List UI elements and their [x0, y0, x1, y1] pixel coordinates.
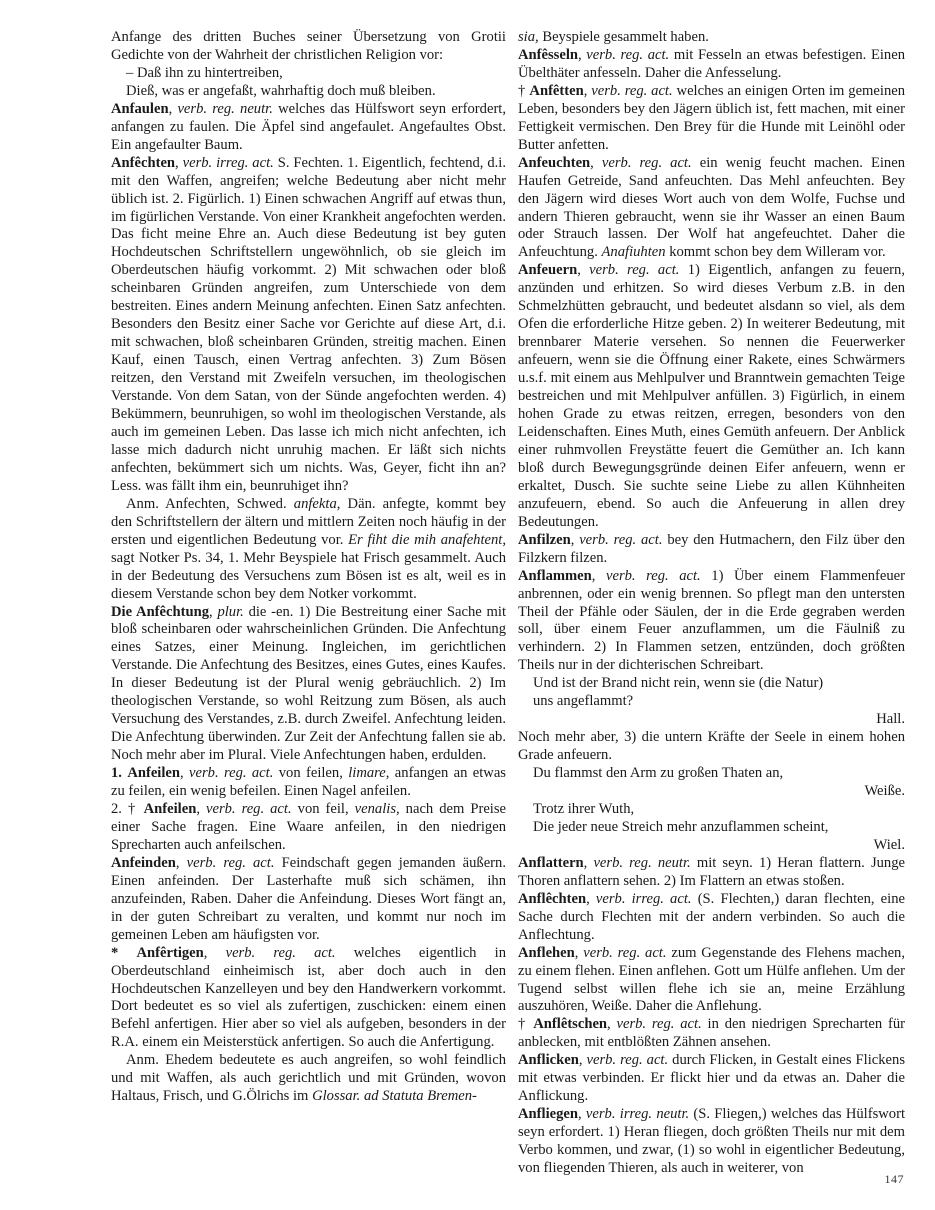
definition: von feil,: [298, 801, 349, 817]
entry-anfechtung: Die Anfêchtung, plur. die -en. 1) Die Be…: [111, 604, 506, 766]
entry-anfeuchten: Anfeuchten, verb. reg. act. ein wenig fe…: [518, 155, 905, 263]
right-column: sia, Beyspiele gesammelt haben. Anfêssel…: [518, 29, 905, 1178]
headword: Anfêchten: [111, 155, 175, 171]
entry-number: 2. †: [111, 801, 138, 817]
grammar-label: verb. irreg. act.: [183, 155, 274, 171]
citation-title: Glossar. ad Statuta Bremen-: [312, 1088, 477, 1104]
entry-anflammen: Anflammen, verb. reg. act. 1) Über einem…: [518, 568, 905, 676]
definition: S. Fechten. 1. Eigentlich, fechtend, d.i…: [111, 155, 506, 494]
grammar-label: verb. reg. act.: [586, 47, 669, 63]
entry-anflicken: Anflicken, verb. reg. act. durch Flicken…: [518, 1052, 905, 1106]
verse-line: Du flammst den Arm zu großen Thaten an,: [518, 765, 905, 783]
grammar-label: verb. reg. act.: [189, 765, 273, 781]
headword: Anfaulen: [111, 101, 169, 117]
entry-marker: *: [111, 945, 118, 961]
definition: die -en. 1) Die Bestreitung einer Sache …: [111, 604, 506, 764]
grammar-label: verb. reg. act.: [602, 155, 692, 171]
entry-anfeinden: Anfeinden, verb. reg. act. Feindschaft g…: [111, 855, 506, 945]
verse-line: Und ist der Brand nicht rein, wenn sie (…: [518, 675, 905, 693]
old-form: Anafiuhten: [602, 244, 666, 260]
latin-word: venalis,: [355, 801, 400, 817]
continuation-text: Anfange des dritten Buches seiner Überse…: [111, 29, 506, 65]
headword: Anflêchten: [518, 891, 586, 907]
note-anfechten: Anm. Anfechten, Schwed. anfekta, Dän. an…: [111, 496, 506, 604]
verse-attribution: Wiel.: [518, 837, 905, 855]
headword: Anfeinden: [111, 855, 176, 871]
verse-line: Die jeder neue Streich mehr anzuflammen …: [518, 819, 905, 837]
headword: Anfeuern: [518, 262, 577, 278]
grammar-label: verb. reg. act.: [606, 568, 701, 584]
headword: Anfêtten: [529, 83, 583, 99]
grammar-label: verb. reg. act.: [586, 1052, 668, 1068]
definition: bey den Hutmachern, den Filz über den Fi…: [518, 532, 905, 566]
continuation-text: sia, Beyspiele gesammelt haben.: [518, 29, 905, 47]
definition: 1) Eigentlich, anfangen zu feuern, anzün…: [518, 262, 905, 529]
grammar-label: verb. reg. act.: [579, 532, 662, 548]
verse-line: uns angeflammt?: [518, 693, 905, 711]
page-number: 147: [885, 1172, 905, 1187]
grammar-label: verb. reg. act.: [206, 801, 292, 817]
headword: Anfilzen: [518, 532, 571, 548]
headword: Anflêtschen: [533, 1016, 607, 1032]
entry-anfeilen-2: 2. † Anfeilen, verb. reg. act. von feil,…: [111, 801, 506, 855]
grammar-label: verb. reg. act.: [591, 83, 672, 99]
entry-anflattern: Anflattern, verb. reg. neutr. mit seyn. …: [518, 855, 905, 891]
headword: Anflehen: [518, 945, 575, 961]
headword: Die Anfêchtung: [111, 604, 209, 620]
headword: Anflicken: [518, 1052, 579, 1068]
entry-anfletschen: † Anflêtschen, verb. reg. act. in den ni…: [518, 1016, 905, 1052]
headword: Anflattern: [518, 855, 584, 871]
headword: Anflammen: [518, 568, 592, 584]
note-text: Anm. Anfechten, Schwed.: [126, 496, 287, 512]
headword: Anfêrtigen: [136, 945, 203, 961]
definition: kommt schon bey dem Willeram vor.: [669, 244, 885, 260]
citation-title: sia,: [518, 29, 539, 45]
entry-anfaulen: Anfaulen, verb. reg. neutr. welches das …: [111, 101, 506, 155]
verse-line: – Daß ihn zu hintertreiben,: [111, 65, 506, 83]
definition: von feilen,: [279, 765, 343, 781]
headword: Anfliegen: [518, 1106, 578, 1122]
note-text: Beyspiele gesammelt haben.: [542, 29, 709, 45]
entry-anfeuern: Anfeuern, verb. reg. act. 1) Eigentlich,…: [518, 262, 905, 531]
entry-anflehen: Anflehen, verb. reg. act. zum Gegenstand…: [518, 945, 905, 1017]
entry-marker: †: [518, 1016, 527, 1032]
headword: Anfeilen: [144, 801, 197, 817]
grammar-label: verb. reg. act.: [617, 1016, 702, 1032]
grammar-label: verb. reg. neutr.: [177, 101, 272, 117]
grammar-label: verb. reg. neutr.: [593, 855, 690, 871]
entry-anfetten: † Anfêtten, verb. reg. act. welches an e…: [518, 83, 905, 155]
grammar-label: verb. reg. act.: [589, 262, 679, 278]
definition: welches das Hülfswort seyn erfordert, an…: [111, 101, 506, 153]
left-column: Anfange des dritten Buches seiner Überse…: [111, 29, 506, 1106]
entry-anfesseln: Anfêsseln, verb. reg. act. mit Fesseln a…: [518, 47, 905, 83]
verse-line: Dieß, was er angefaßt, wahrhaftig doch m…: [111, 83, 506, 101]
grammar-label: verb. reg. act.: [226, 945, 336, 961]
grammar-label: verb. reg. act.: [583, 945, 666, 961]
foreign-word: anfekta,: [294, 496, 341, 512]
entry-anfertigen: * Anfêrtigen, verb. reg. act. welches ei…: [111, 945, 506, 1053]
grammar-label: verb. irreg. act.: [596, 891, 692, 907]
note-anfertigen: Anm. Ehedem bedeutete es auch angreifen,…: [111, 1052, 506, 1106]
entry-anfliegen: Anfliegen, verb. irreg. neutr. (S. Flieg…: [518, 1106, 905, 1178]
headword: Anfêsseln: [518, 47, 578, 63]
dictionary-page: Anfange des dritten Buches seiner Überse…: [0, 0, 935, 1210]
headword: Anfeilen: [127, 765, 180, 781]
verse-attribution: Weiße.: [518, 783, 905, 801]
entry-marker: †: [518, 83, 526, 99]
definition: zum Gegenstande des Flehens machen, zu e…: [518, 945, 905, 1015]
entry-anflechten: Anflêchten, verb. irreg. act. (S. Flecht…: [518, 891, 905, 945]
headword: Anfeuchten: [518, 155, 590, 171]
verse-attribution: Hall.: [518, 711, 905, 729]
grammar-label: verb. irreg. neutr.: [586, 1106, 689, 1122]
entry-number: 1.: [111, 765, 122, 781]
note-text: sagt Notker Ps. 34, 1. Mehr Beyspiele ha…: [111, 550, 506, 602]
quotation: Er fiht die mih anafehtent,: [348, 532, 506, 548]
entry-anfeilen-1: 1. Anfeilen, verb. reg. act. von feilen,…: [111, 765, 506, 801]
verse-line: Trotz ihrer Wuth,: [518, 801, 905, 819]
grammar-label: plur.: [217, 604, 243, 620]
continuation-text: Noch mehr aber, 3) die untern Kräfte der…: [518, 729, 905, 765]
entry-anfechten: Anfêchten, verb. irreg. act. S. Fechten.…: [111, 155, 506, 496]
entry-anfilzen: Anfilzen, verb. reg. act. bey den Hutmac…: [518, 532, 905, 568]
grammar-label: verb. reg. act.: [187, 855, 275, 871]
latin-word: limare,: [348, 765, 389, 781]
